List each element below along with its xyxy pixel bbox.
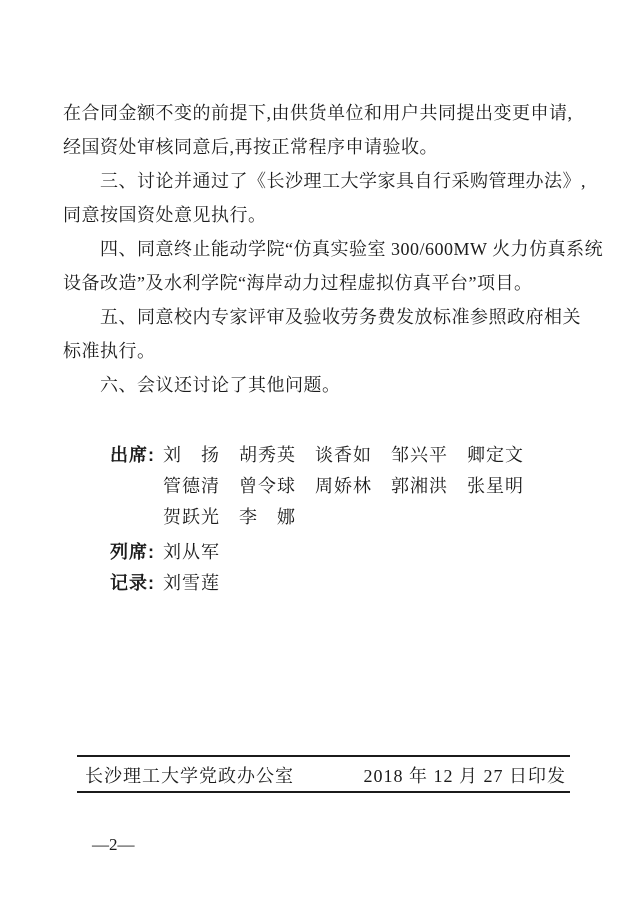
attendees-names: 刘 扬 胡秀英 谈香如 邹兴平 卿定文 管德清 曾令球 周娇林 郭湘洪 张星明 …: [163, 440, 524, 533]
body-line: 同意按国资处意见执行。: [63, 198, 579, 232]
body-line: 六、会议还讨论了其他问题。: [63, 368, 579, 402]
attendees-names-line: 管德清 曾令球 周娇林 郭湘洪 张星明: [163, 471, 524, 502]
footer-rule-bottom: [77, 791, 570, 793]
attendance-block: 出席: 刘 扬 胡秀英 谈香如 邹兴平 卿定文 管德清 曾令球 周娇林 郭湘洪 …: [110, 440, 524, 599]
document-page: 在合同金额不变的前提下,由供货单位和用户共同提出变更申请, 经国资处审核同意后,…: [0, 0, 637, 899]
body-line: 设备改造”及水利学院“海岸动力过程虚拟仿真平台”项目。: [63, 266, 579, 300]
attendees-row: 出席: 刘 扬 胡秀英 谈香如 邹兴平 卿定文 管德清 曾令球 周娇林 郭湘洪 …: [110, 440, 524, 533]
body-line: 五、同意校内专家评审及验收劳务费发放标准参照政府相关: [63, 300, 579, 334]
footer-rule-top: [77, 755, 570, 757]
body-text-block: 在合同金额不变的前提下,由供货单位和用户共同提出变更申请, 经国资处审核同意后,…: [63, 96, 579, 402]
body-line: 在合同金额不变的前提下,由供货单位和用户共同提出变更申请,: [63, 96, 579, 130]
recorder-row: 记录: 刘雪莲: [110, 568, 524, 599]
footer-imprint: 长沙理工大学党政办公室 2018 年 12 月 27 日印发: [77, 762, 570, 788]
body-line: 四、同意终止能动学院“仿真实验室 300/600MW 火力仿真系统: [63, 232, 579, 266]
observers-names: 刘从军: [163, 537, 220, 568]
print-date: 2018 年 12 月 27 日印发: [364, 762, 567, 788]
recorder-name: 刘雪莲: [163, 568, 220, 599]
page-number: —2—: [92, 835, 135, 855]
attendees-names-line: 刘 扬 胡秀英 谈香如 邹兴平 卿定文: [163, 440, 524, 471]
body-line: 标准执行。: [63, 334, 579, 368]
observers-row: 列席: 刘从军: [110, 537, 524, 568]
observers-label: 列席:: [110, 537, 155, 568]
attendees-label: 出席:: [110, 440, 155, 471]
attendees-names-line: 贺跃光 李 娜: [163, 502, 524, 533]
body-line: 三、讨论并通过了《长沙理工大学家具自行采购管理办法》,: [63, 164, 579, 198]
issuing-office: 长沙理工大学党政办公室: [85, 762, 294, 788]
recorder-label: 记录:: [110, 568, 155, 599]
body-line: 经国资处审核同意后,再按正常程序申请验收。: [63, 130, 579, 164]
